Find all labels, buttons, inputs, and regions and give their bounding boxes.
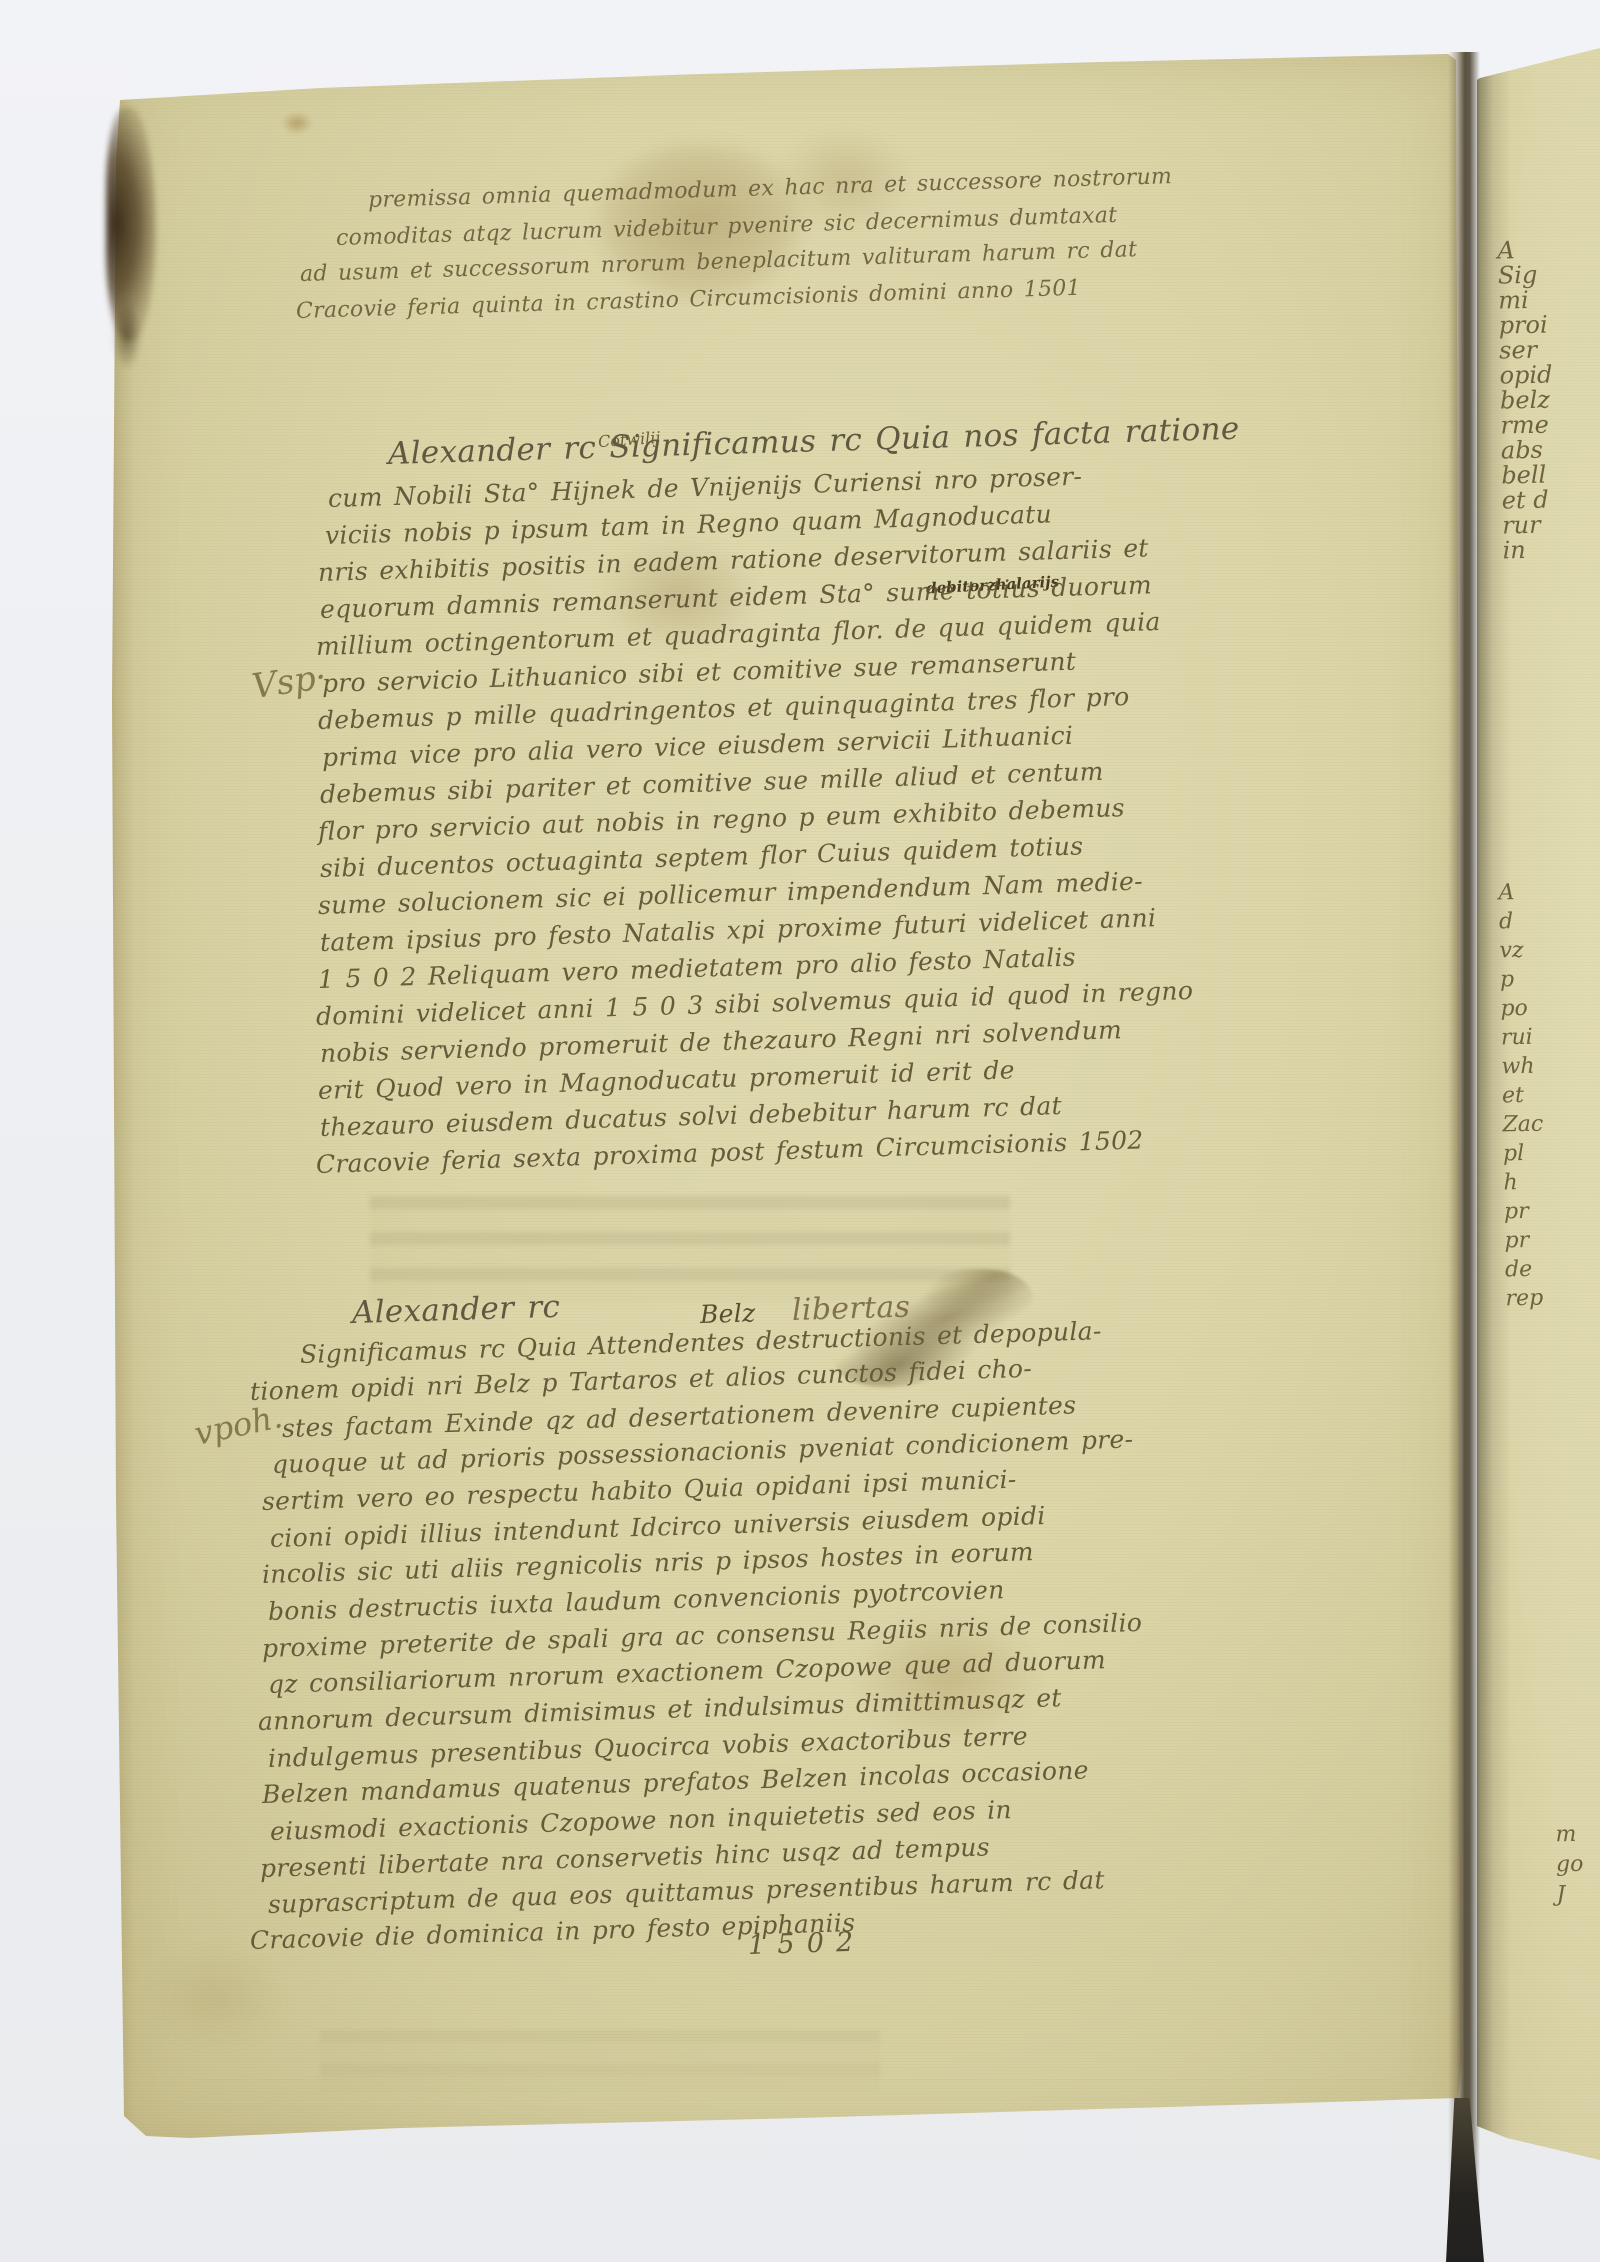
right-page-fragments-top: A Sig mi proi ser opid belz rme abs bell… xyxy=(1497,238,1556,564)
manuscript-photo: { "colors": { "background": "#edeff2", "… xyxy=(0,0,1600,2262)
right-page-fragments-middle: A d vz p po rui wh et Zac pl h pr pr de … xyxy=(1498,878,1546,1314)
right-page-fragments-bottom: m go J xyxy=(1555,1820,1584,1910)
text-place-note-belz: Belz xyxy=(700,1298,756,1329)
text-heading-p3: Alexander rc xyxy=(351,1289,560,1331)
text-date-mark-p3: 1 5 0 2 xyxy=(748,1927,854,1961)
book-gutter-shadow xyxy=(1448,52,1480,2262)
